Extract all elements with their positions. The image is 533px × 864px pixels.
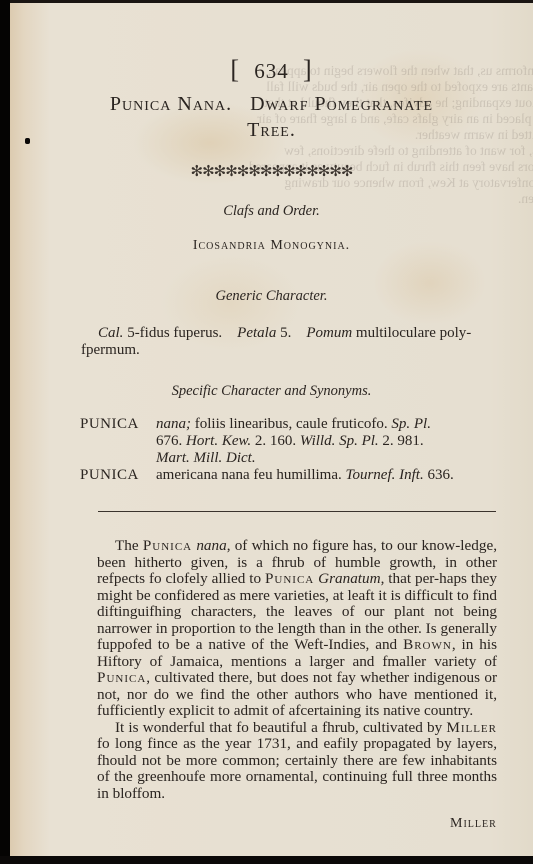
italic-run: Hort. Kew. xyxy=(186,433,251,449)
synonym-genus: PUNICA xyxy=(80,416,139,433)
generic-character-line2: fpermum. xyxy=(81,342,140,358)
generic-character-heading: Generic Character. xyxy=(10,288,533,305)
description-paragraph-1: The Punica nana, of which no figure has,… xyxy=(97,538,497,720)
text-run: It is wonderful that fo beautiful a fhru… xyxy=(115,719,446,736)
italic-run: Willd. Sp. Pl. xyxy=(300,433,379,449)
small-caps-run: Punica xyxy=(265,570,314,587)
text-run: 2. 160. xyxy=(251,433,300,449)
scan-left-edge xyxy=(0,0,10,864)
text-run: 2. 981. xyxy=(379,433,424,449)
text-run: , cultivated there, but does not fay whe… xyxy=(97,669,501,719)
small-caps-run: Brown xyxy=(403,636,452,653)
synonym-line: 676. Hort. Kew. 2. 160. Willd. Sp. Pl. 2… xyxy=(156,433,496,450)
bracket-close: ] xyxy=(303,55,313,84)
page-title: Punica Nana.Dwarf Pomegranate Tree. xyxy=(10,91,533,143)
synonym-line: americana nana feu humillima. Tournef. I… xyxy=(156,467,496,484)
page-number: [ 634 ] xyxy=(10,55,533,85)
title-common-name: Dwarf Pomegranate xyxy=(250,93,433,115)
italic-run: Sp. Pl. xyxy=(391,416,431,432)
asterisk-ornament-divider: ✻✻✻✻✻✻✻✻✻✻✻✻✻✻ xyxy=(10,162,533,181)
italic-run: Cal. xyxy=(98,325,123,341)
description-paragraph-2: It is wonderful that fo beautiful a fhru… xyxy=(97,720,497,803)
bracket-open: [ xyxy=(230,55,240,84)
text-run: foliis linearibus, caule fruticofo. xyxy=(191,416,391,432)
small-caps-run: Punica xyxy=(143,537,192,554)
text-run: 636. xyxy=(424,467,454,483)
italic-run: nana xyxy=(196,537,226,554)
specific-character-heading: Specific Character and Synonyms. xyxy=(10,383,533,400)
italic-run: nana; xyxy=(156,416,191,432)
section-divider-rule xyxy=(98,511,496,512)
text-run: multiloculare poly- xyxy=(352,325,471,341)
synonym-line: Mart. Mill. Dict. xyxy=(156,450,496,467)
small-caps-run: Miller xyxy=(446,719,497,736)
text-run: 5-fidus fuperus. xyxy=(123,325,237,341)
text-run: The xyxy=(115,537,143,554)
book-page: Miller informs us, that when the flowers… xyxy=(10,3,533,856)
catchword: Miller xyxy=(450,816,497,832)
italic-run: Petala xyxy=(237,325,276,341)
italic-run: Pomum xyxy=(306,325,352,341)
text-run: americana nana feu humillima. xyxy=(156,467,346,483)
show-through-line: Perhaps, for want of attending to thefe … xyxy=(405,143,533,159)
class-order-value: Icosandria Monogynia. xyxy=(10,238,533,254)
synonym-text: americana nana feu humillima. Tournef. I… xyxy=(156,467,496,484)
synonym-line: nana; foliis linearibus, caule fruticofo… xyxy=(156,416,496,433)
synonym-text: nana; foliis linearibus, caule fruticofo… xyxy=(156,416,496,467)
description-body: The Punica nana, of which no figure has,… xyxy=(97,538,497,802)
page-number-value: 634 xyxy=(246,59,297,83)
title-common-name-line2: Tree. xyxy=(247,119,296,141)
text-run: 5. xyxy=(276,325,306,341)
paper-damage-speck xyxy=(25,138,30,144)
italic-run: Mart. Mill. Dict. xyxy=(156,450,256,466)
text-run: 676. xyxy=(156,433,186,449)
italic-run: Tournef. Inft. xyxy=(346,467,424,483)
title-latin-name: Punica Nana. xyxy=(110,93,232,115)
synonym-genus: PUNICA xyxy=(80,467,139,484)
class-order-heading: Clafs and Order. xyxy=(10,203,533,220)
italic-run: Granatum xyxy=(318,570,380,587)
generic-character-text: Cal. 5-fidus fuperus. Petala 5. Pomum mu… xyxy=(98,325,498,359)
scan-bottom-edge xyxy=(0,856,533,864)
small-caps-run: Punica xyxy=(97,669,146,686)
